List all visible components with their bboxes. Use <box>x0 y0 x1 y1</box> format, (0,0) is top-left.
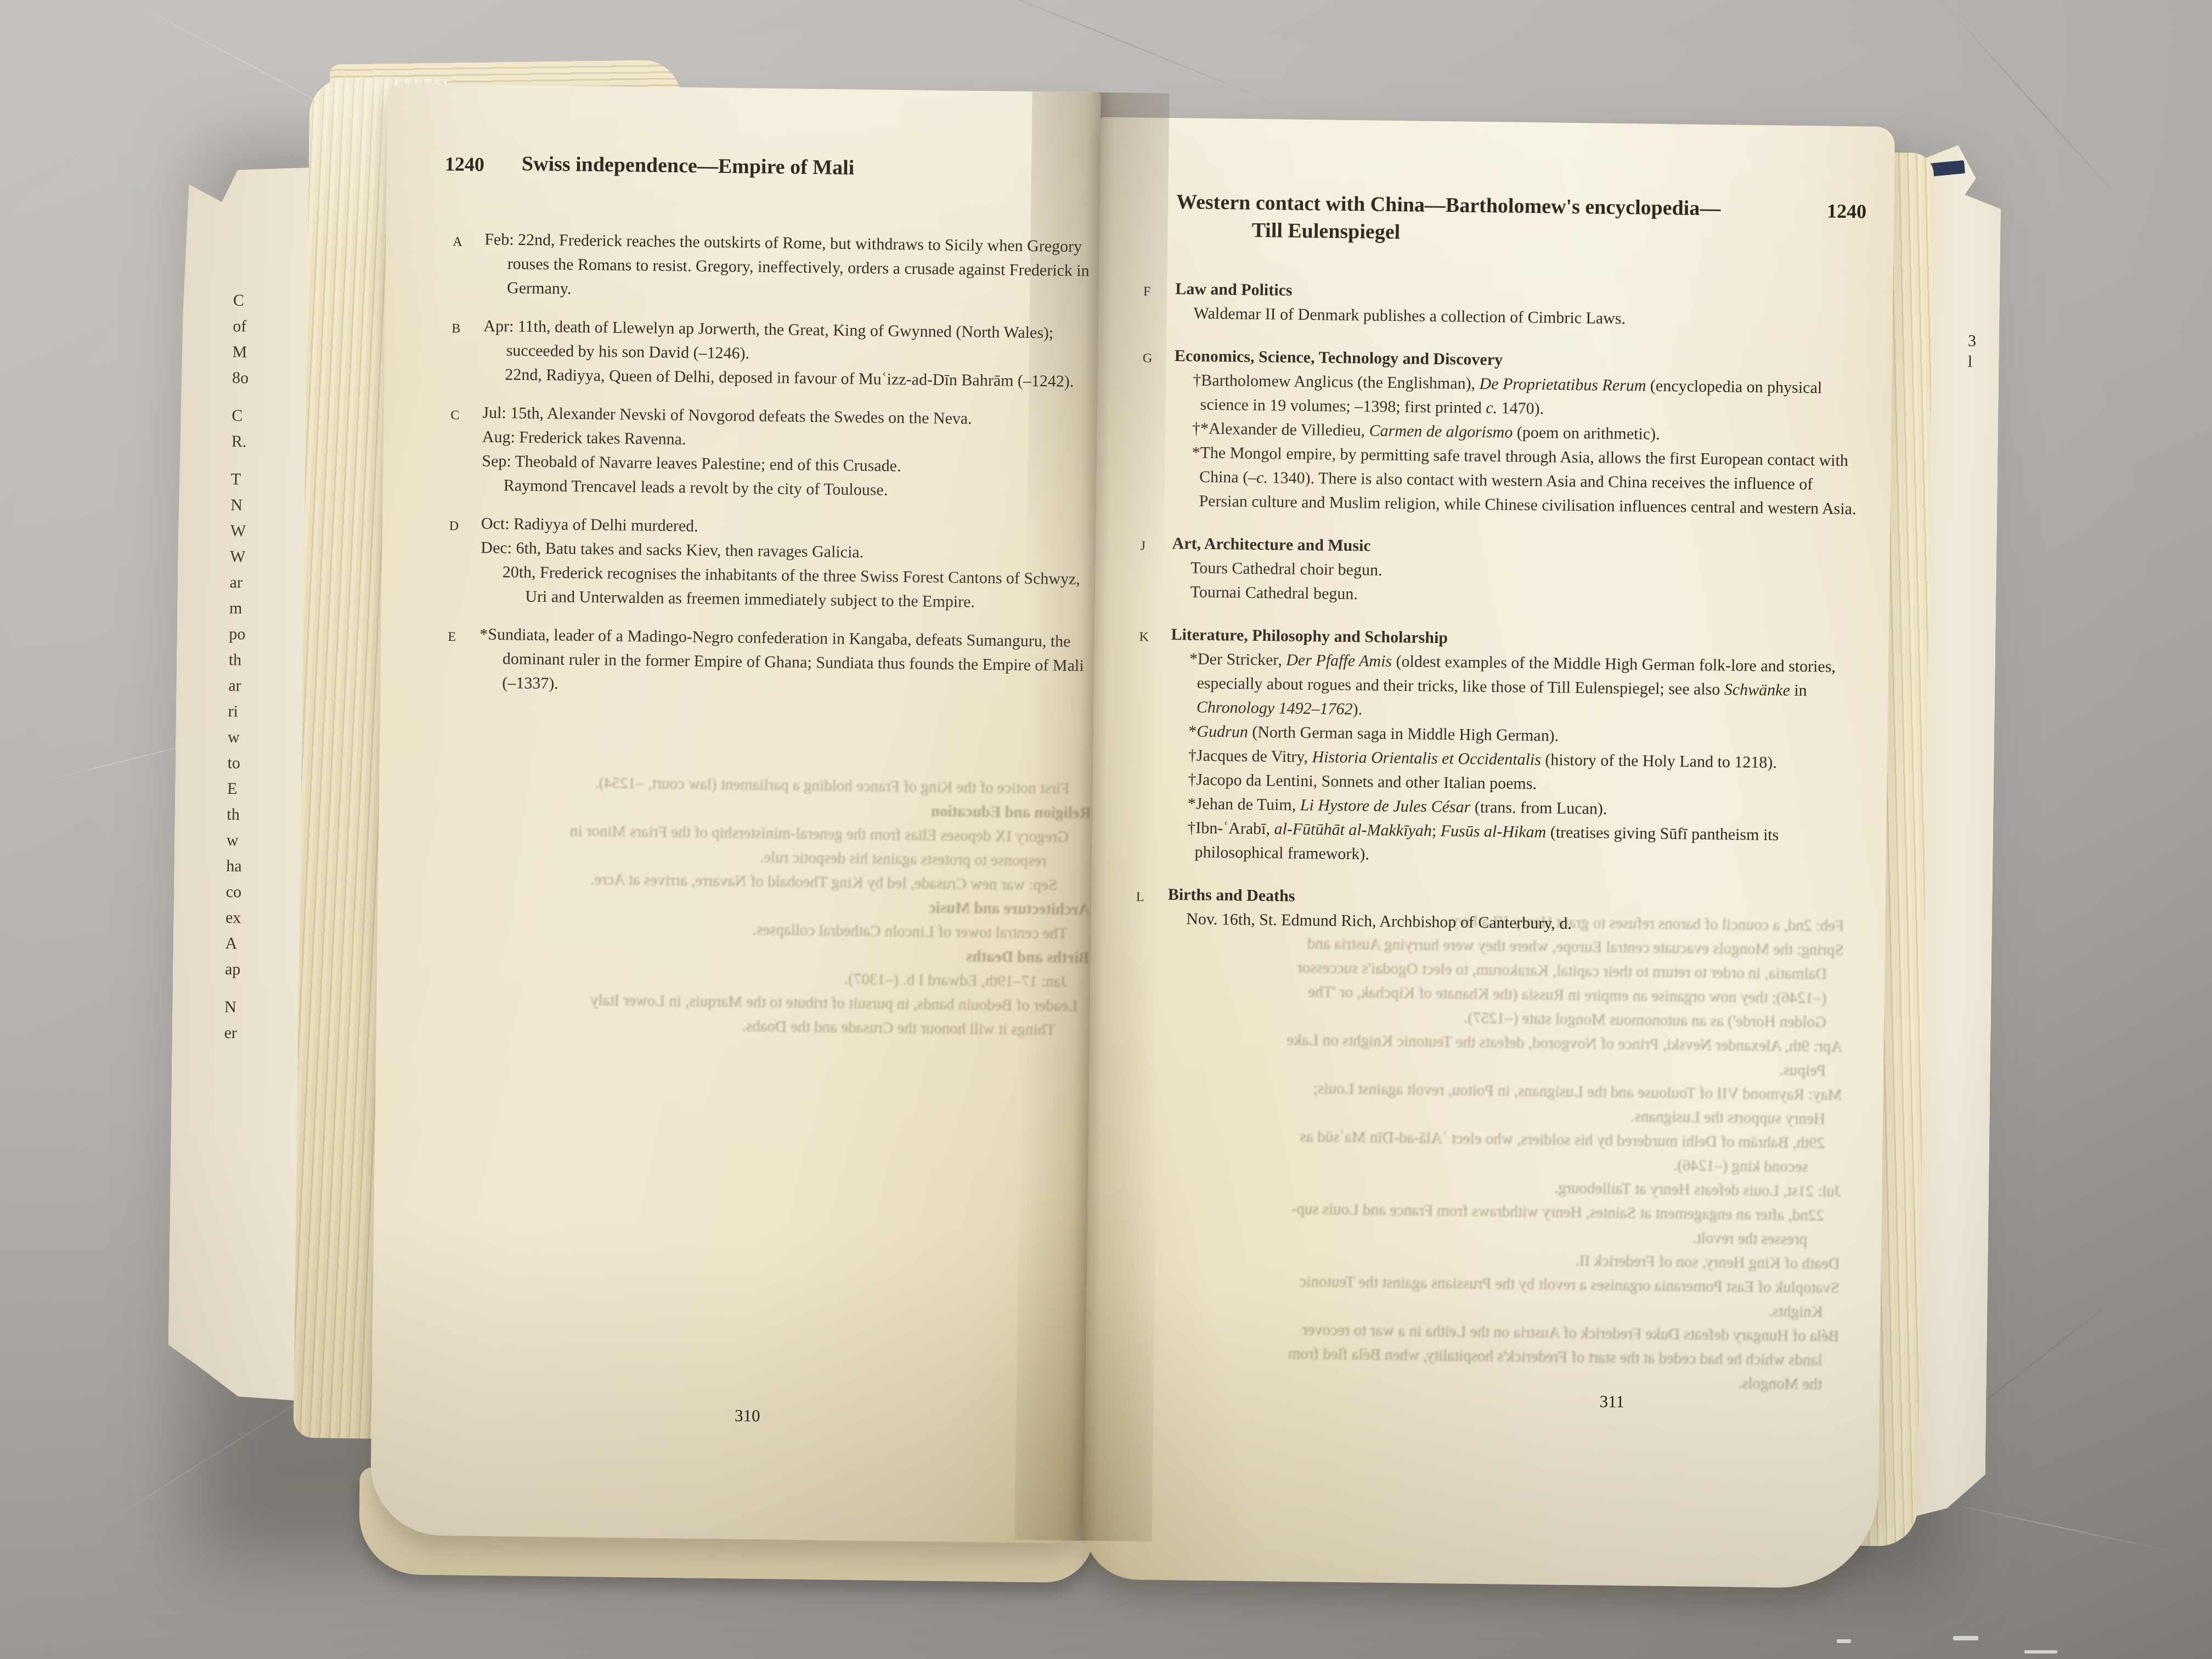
photo-scene: 3l CofM8oCR.TNWWarmpotharriwtoEthwhacoex… <box>0 0 2212 1659</box>
flap-text-fragment: th <box>229 647 246 673</box>
text: 22nd, Radiyya, Queen of Delhi, deposed i… <box>505 365 1074 391</box>
flap-text-fragment: co <box>225 879 242 905</box>
text: 1340). There is also contact with wester… <box>1199 469 1856 518</box>
flap-text-fragment: th <box>227 802 244 827</box>
text: †*Alexander de Villedieu, <box>1192 419 1369 439</box>
text: Sep: Theobald of Navarre leaves Palestin… <box>482 452 901 475</box>
flap-text-fragment: 3 <box>1968 331 1976 352</box>
flap-text-fragment: l <box>1968 352 1976 373</box>
showthrough-line: (–1246); they now organise an empire in … <box>1154 978 1859 1011</box>
showthrough-line: lands which he had ceded at the start of… <box>1150 1340 1855 1373</box>
paragraph: Feb: 22nd, Frederick reaches the outskir… <box>484 228 1099 308</box>
italic-text: Fusūs al-Hikam <box>1441 822 1547 841</box>
section-E: E*Sundiata, leader of a Madingo-Negro co… <box>479 623 1094 703</box>
flap-text-fragment: of <box>233 313 250 339</box>
text: Feb: 22nd, Frederick reaches the outskir… <box>484 230 1090 298</box>
text: ; <box>1432 822 1441 840</box>
text: Dec: 6th, Batu takes and sacks Kiev, the… <box>481 539 864 562</box>
italic-text: Li Hystore de Jules César <box>1300 796 1471 816</box>
section-C: CJul: 15th, Alexander Nevski of Novgorod… <box>482 401 1097 505</box>
left-page-header: 1240 Swiss independence—Empire of Mali <box>486 150 1101 185</box>
text: * <box>1188 722 1197 740</box>
flap-text-fragment: M <box>232 339 249 365</box>
flap-text-fragment: ex <box>225 905 242 930</box>
section-K: KLiterature, Philosophy and Scholarship*… <box>1168 623 1863 872</box>
year-label: 1240 <box>1827 198 1867 225</box>
text: *Der Stricker, <box>1189 650 1286 669</box>
showthrough-line: presses the revolt. <box>1152 1220 1857 1252</box>
paragraph: †Bartholomew Anglicus (the Englishman), … <box>1192 368 1866 425</box>
showthrough-line: Peipus. <box>1154 1051 1859 1084</box>
page-number: 310 <box>735 1406 760 1426</box>
text: Nov. 16th, St. Edmund Rich, Archbishop o… <box>1186 910 1572 933</box>
showthrough-line: Births and Deaths <box>469 938 1089 970</box>
text: Aug: Frederick takes Ravenna. <box>482 428 686 449</box>
right-page: Feb: 2nd, a council of barons refuses to… <box>1083 117 1895 1588</box>
dust-speck <box>1837 1639 1851 1643</box>
showthrough-line: First notice of the King of France holdi… <box>471 769 1091 801</box>
left-page-sections: AFeb: 22nd, Frederick reaches the outski… <box>479 228 1099 703</box>
right-page-content: Western contact with China—Bartholomew's… <box>1167 188 1869 958</box>
flap-text-fragment: E <box>227 776 244 802</box>
showthrough-line: Apr: 9th, Alexander Nevski, Prince of No… <box>1154 1026 1859 1059</box>
showthrough-line: Dalmatia, in order to return to their ca… <box>1155 954 1860 987</box>
showthrough-line: May: Raymond VII of Toulouse and the Lus… <box>1153 1075 1858 1108</box>
jacket-right-fragments: 3l <box>1968 331 1977 373</box>
text: †Jacopo da Lentini, Sonnets and other It… <box>1188 770 1537 793</box>
text: 1470). <box>1497 399 1544 417</box>
showthrough-line: Knights. <box>1150 1292 1855 1325</box>
right-page-header: Western contact with China—Bartholomew's… <box>1176 188 1869 251</box>
text: (history of the Holy Land to 1218). <box>1541 751 1777 771</box>
flap-text-fragment: po <box>229 621 246 647</box>
flap-text-fragment: w <box>228 724 245 750</box>
section-F: FLaw and PoliticsWaldemar II of Denmark … <box>1175 277 1867 334</box>
showthrough-line: Jul: 21st, Louis defeats Henry at Taille… <box>1152 1171 1857 1204</box>
page-title: Swiss independence—Empire of Mali <box>522 153 855 179</box>
italic-text: Historia Orientalis et Occidentalis <box>1312 748 1541 769</box>
section-B: BApr: 11th, death of Llewelyn ap Jorwert… <box>483 314 1098 394</box>
italic-text: Chronology 1492–1762 <box>1197 698 1353 718</box>
italic-text: al-Fūtūhāt al-Makkīyah <box>1274 820 1432 840</box>
section-label: J <box>1140 534 1145 558</box>
flap-text-fragment: N <box>230 492 247 518</box>
showthrough-line: response to protests against his despoti… <box>470 842 1090 873</box>
text: *Sundiata, leader of a Madingo-Negro con… <box>479 625 1084 693</box>
section-A: AFeb: 22nd, Frederick reaches the outski… <box>484 228 1099 308</box>
italic-text: De Proprietatibus Rerum <box>1479 375 1646 395</box>
italic-text: c. <box>1256 469 1268 487</box>
paragraph: *Der Stricker, Der Pfaffe Amis (oldest e… <box>1189 647 1864 727</box>
flap-text-fragment: er <box>224 1020 241 1046</box>
left-page-ghost: First notice of the King of France holdi… <box>469 769 1092 1042</box>
flap-text-fragment: ar <box>228 673 245 698</box>
text: Jul: 15th, Alexander Nevski of Novgorod … <box>482 404 972 428</box>
section-label: G <box>1142 346 1152 370</box>
text: Oct: Radiyya of Delhi murdered. <box>481 515 698 535</box>
showthrough-line: Jan: 17–19th, Edward I b. (–1307). <box>469 962 1089 994</box>
showthrough-line: Things it will honour the Crusade and th… <box>469 1011 1088 1042</box>
showthrough-line: the Mongols. <box>1150 1364 1855 1397</box>
showthrough-line: Sep: war new Crusade, led by King Theoba… <box>470 866 1090 898</box>
flap-text-fragment: A <box>225 930 242 956</box>
flap-text-fragment: ha <box>226 853 243 879</box>
showthrough-line: Béla of Hungary defeats Duke Frederick o… <box>1150 1316 1855 1349</box>
flap-text-fragment: T <box>231 466 248 492</box>
flap-text-fragment: C <box>232 403 249 428</box>
italic-text: Gudrun <box>1197 723 1248 741</box>
section-D: DOct: Radiyya of Delhi murdered.Dec: 6th… <box>480 512 1096 616</box>
italic-text: c. <box>1486 399 1497 417</box>
italic-text: Der Pfaffe Amis <box>1286 651 1392 670</box>
section-G: GEconomics, Science, Technology and Disc… <box>1172 344 1867 521</box>
flap-text-fragment: 8o <box>232 365 249 391</box>
flap-gap <box>231 454 247 466</box>
text: 20th, Frederick recognises the inhabitan… <box>503 563 1080 611</box>
paragraph: 20th, Frederick recognises the inhabitan… <box>502 560 1095 616</box>
showthrough-line: Death of King Henry, son of Frederick II… <box>1151 1244 1856 1277</box>
showthrough-line: second king (–1246). <box>1153 1147 1858 1180</box>
left-page: First notice of the King of France holdi… <box>370 84 1101 1544</box>
italic-text: Carmen de algorismo <box>1369 421 1513 441</box>
showthrough-line: Architecture and Music <box>470 890 1090 922</box>
text: *Jehan de Tuim, <box>1188 794 1300 814</box>
text: Tournai Cathedral begun. <box>1190 583 1358 603</box>
showthrough-line: The central tower of Lincoln Cathedral c… <box>470 914 1090 946</box>
dust-speck <box>2024 1650 2057 1654</box>
section-J: JArt, Architecture and MusicTours Cathed… <box>1171 532 1865 612</box>
paragraph: Apr: 11th, death of Llewelyn ap Jorwerth… <box>483 314 1098 370</box>
year-label: 1240 <box>445 150 485 178</box>
text: ). <box>1352 700 1362 718</box>
showthrough-line: 29th, Bahrām of Delhi murdered by his so… <box>1153 1123 1858 1156</box>
section-label: L <box>1136 885 1144 909</box>
section-label: K <box>1139 625 1149 649</box>
flap-text-fragment: W <box>230 544 247 569</box>
text: †Bartholomew Anglicus (the Englishman), <box>1193 371 1480 392</box>
showthrough-line: Henry supports the Lusignans. <box>1153 1099 1858 1132</box>
flap-text-fragment: C <box>233 287 250 313</box>
text: †Ibn-ʿArabī, <box>1187 819 1274 838</box>
text: (poem on arithmetic). <box>1513 424 1660 443</box>
section-label: C <box>450 403 460 427</box>
flap-text-fragment: m <box>229 595 246 621</box>
showthrough-line: Religion and Education <box>471 793 1091 825</box>
text: †Jacques de Vitry, <box>1188 746 1312 766</box>
page-number: 311 <box>1599 1392 1624 1412</box>
flap-fragments: CofM8oCR.TNWWarmpotharriwtoEthwhacoexAap… <box>224 287 250 1046</box>
flap-text-fragment: R. <box>231 428 248 454</box>
section-label: D <box>449 514 459 538</box>
open-book: 3l CofM8oCR.TNWWarmpotharriwtoEthwhacoex… <box>150 49 2006 1630</box>
paragraph: *The Mongol empire, by permitting safe t… <box>1191 441 1866 521</box>
text: Tours Cathedral choir begun. <box>1190 558 1383 579</box>
flap-text-fragment: to <box>227 750 244 776</box>
text: Apr: 11th, death of Llewelyn ap Jorwerth… <box>483 317 1053 363</box>
left-page-content: 1240 Swiss independence—Empire of Mali A… <box>479 150 1100 717</box>
italic-text: Schwänke <box>1724 680 1790 699</box>
showthrough-line: Gregory IX deposes Elias from the genera… <box>471 817 1091 849</box>
showthrough-line: Leader of Bedouin bands, in pursuit of t… <box>469 986 1088 1018</box>
text: Waldemar II of Denmark publishes a colle… <box>1194 304 1626 328</box>
text: (trans. from Lucan). <box>1470 798 1607 818</box>
text: in <box>1790 681 1807 699</box>
right-page-sections: FLaw and PoliticsWaldemar II of Denmark … <box>1167 277 1867 939</box>
paragraph: *Sundiata, leader of a Madingo-Negro con… <box>479 623 1094 703</box>
flap-text-fragment: w <box>227 827 244 853</box>
showthrough-line: Svatopluk of East Pomerania organises a … <box>1151 1268 1856 1301</box>
flap-gap <box>224 982 241 994</box>
right-page-ghost: Feb: 2nd, a council of barons refuses to… <box>1150 906 1861 1397</box>
flap-text-fragment: ar <box>229 569 246 595</box>
text: Raymond Trencavel leads a revolt by the … <box>504 476 888 499</box>
showthrough-line: Golden Horde') as an autonomous Mongol s… <box>1154 1002 1859 1035</box>
paragraph: †Ibn-ʿArabī, al-Fūtūhāt al-Makkīyah; Fus… <box>1187 816 1861 872</box>
section-label: E <box>448 625 456 649</box>
flap-text-fragment: W <box>230 518 247 544</box>
flap-text-fragment: N <box>224 994 241 1020</box>
section-label: F <box>1143 279 1151 303</box>
section-label: B <box>452 317 461 341</box>
flap-text-fragment: ri <box>228 698 245 724</box>
text: (North German saga in Middle High German… <box>1248 723 1559 745</box>
flap-text-fragment: ap <box>225 956 242 982</box>
dust-speck <box>1953 1636 1978 1640</box>
showthrough-line: 22nd, after an engagement at Saintes, He… <box>1152 1195 1857 1228</box>
section-label: A <box>453 230 462 254</box>
section-L: LBirths and DeathsNov. 16th, St. Edmund … <box>1167 883 1860 939</box>
flap-gap <box>232 391 249 403</box>
